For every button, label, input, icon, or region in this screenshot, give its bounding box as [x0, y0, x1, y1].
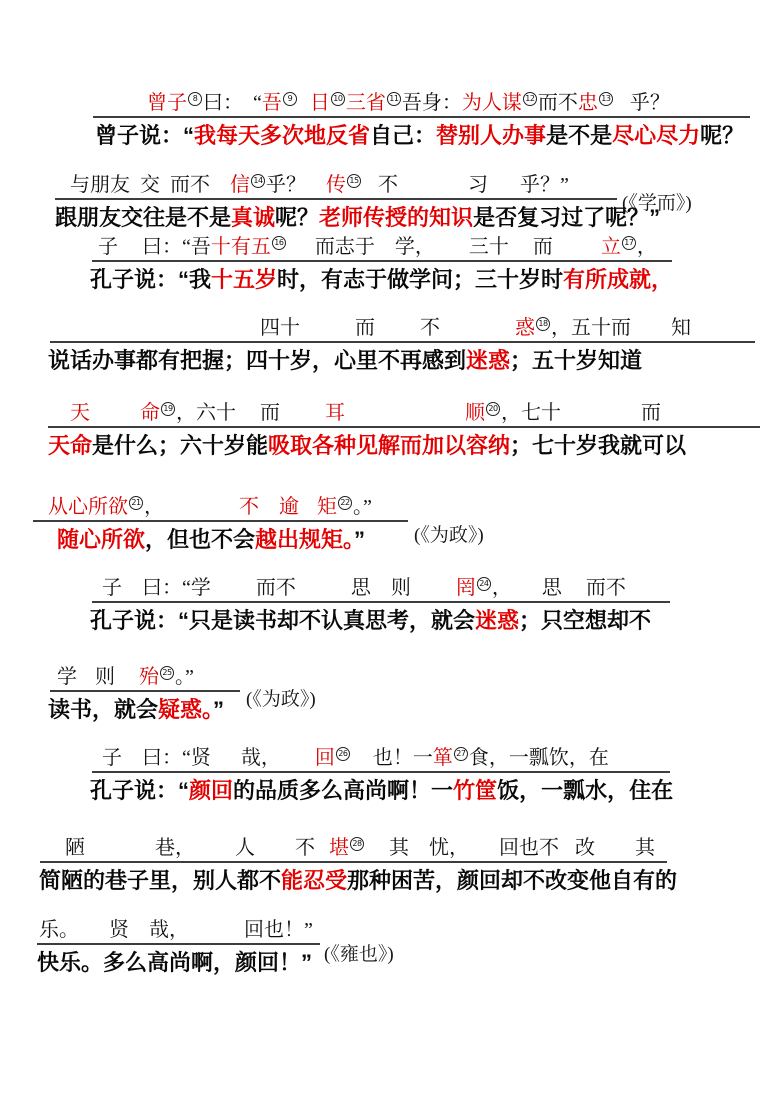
footnote-number-marker: 13 — [599, 92, 613, 106]
text-segment: ， — [637, 236, 657, 258]
text-segment: 殆 — [139, 666, 159, 688]
verse-pair: 天命19，六十而耳顺20，七十而天命是什么；六十岁能吸取各种见解而加以容纳；七十… — [0, 400, 775, 459]
word-gap-spacer — [440, 333, 515, 334]
text-segment: 而不 — [586, 577, 626, 599]
text-segment: 三省 — [346, 92, 386, 114]
text-segment: 命 — [140, 402, 160, 424]
text-segment: 不 — [239, 496, 259, 518]
footnote-number-marker: 27 — [454, 747, 468, 761]
text-segment: 吾身： — [402, 92, 462, 114]
word-gap-spacer — [512, 593, 542, 594]
text-segment: 能忍受 — [281, 868, 347, 893]
word-gap-spacer — [345, 418, 465, 419]
verse-pair: 曾子8曰：“吾9日10三省11吾身：为人谋12而不忠13乎？曾子说：“我每天多次… — [0, 90, 775, 149]
text-segment: ；五十岁知道 — [510, 348, 642, 373]
text-segment: 回也！” — [244, 919, 313, 941]
word-gap-spacer — [118, 252, 142, 253]
classical-text-line: 与朋友交而不信14乎？传15不习乎？” — [55, 172, 617, 200]
source-citation: (《为政》) — [414, 520, 484, 547]
word-gap-spacer — [375, 333, 420, 334]
text-segment: 吾 — [262, 92, 282, 114]
text-segment: 疑惑。 — [158, 697, 213, 722]
translation-line: 曾子说：“我每天多次地反省自己：替别人办事是不是尽心尽力呢？ — [95, 123, 775, 149]
text-segment: 贤 — [109, 919, 129, 941]
text-segment: 乐。 — [39, 919, 79, 941]
text-segment: 思 — [542, 577, 562, 599]
source-citation: (《学而》) — [622, 188, 692, 215]
verse-pair: 乐。贤哉，回也！”(《雍也》)快乐。多么高尚啊，颜回！” — [0, 917, 775, 976]
verse-pair: 陋巷，人不堪28其忧，回也不改其简陋的巷子里，别人都不能忍受那种困苦，颜回却不改… — [0, 835, 775, 894]
text-segment: 快乐。多么高尚啊，颜回！” — [37, 950, 312, 975]
text-segment: 时，有志于做学问；三十岁时 — [277, 267, 563, 292]
word-gap-spacer — [296, 593, 351, 594]
footnote-number-marker: 24 — [477, 577, 491, 591]
text-segment: 乎？ — [630, 92, 670, 114]
text-segment: 而 — [641, 402, 661, 424]
word-gap-spacer — [243, 108, 253, 109]
word-gap-spacer — [255, 853, 295, 854]
text-segment: 其 — [635, 837, 655, 859]
word-gap-spacer — [409, 853, 429, 854]
word-gap-spacer — [211, 763, 241, 764]
text-segment: 不 — [420, 317, 440, 339]
text-segment: 罔 — [456, 577, 476, 599]
word-gap-spacer — [122, 593, 142, 594]
text-segment: 思 — [351, 577, 371, 599]
text-segment: 忧， — [429, 837, 469, 859]
text-segment: 也！一 — [373, 747, 433, 769]
text-segment: 那种困苦，颜回却不改变他自有的 — [347, 868, 677, 893]
text-segment: 说话办事都有把握；四十岁，心里不再感到 — [48, 348, 466, 373]
word-gap-spacer — [79, 935, 109, 936]
text-segment: 而不 — [256, 577, 296, 599]
text-segment: 回也不 — [499, 837, 559, 859]
verse-pair: 与朋友交而不信14乎？传15不习乎？”(《学而》)跟朋友交往是不是真诚呢？老师传… — [0, 172, 775, 231]
text-segment: 孔子说：“只是读书却不认真思考，就会 — [90, 608, 475, 633]
text-segment: 食，一瓢饮，在 — [469, 747, 609, 769]
text-segment: 尽心尽力 — [612, 123, 700, 148]
source-citation: (《为政》) — [246, 684, 316, 711]
text-segment: 自己： — [370, 123, 436, 148]
footnote-number-marker: 22 — [338, 496, 352, 510]
text-segment: 天命 — [48, 433, 92, 458]
text-segment: 替别人办事 — [436, 123, 546, 148]
verse-pair: 四十而不惑18，五十而知说话办事都有把握；四十岁，心里不再感到迷惑；五十岁知道 — [0, 315, 775, 374]
text-segment: 曰：“吾 — [142, 236, 211, 258]
text-segment: 忠 — [578, 92, 598, 114]
text-segment: 哉， — [241, 747, 281, 769]
text-segment: 曾子说：“ — [95, 123, 194, 148]
text-segment: 学 — [57, 666, 77, 688]
text-segment: 而 — [260, 402, 280, 424]
word-gap-spacer — [315, 853, 329, 854]
text-segment: ，七十 — [501, 402, 561, 424]
text-segment: 迷惑 — [475, 608, 519, 633]
text-segment: 而 — [533, 236, 553, 258]
footnote-number-marker: 28 — [350, 837, 364, 851]
word-gap-spacer — [375, 252, 395, 253]
text-segment: 乎？” — [520, 174, 569, 196]
text-segment: 孔子说：“我 — [90, 267, 211, 292]
text-segment: 乎？ — [266, 174, 306, 196]
text-segment: ；只空想却不 — [519, 608, 651, 633]
word-gap-spacer — [631, 333, 671, 334]
classical-text-line: 陋巷，人不堪28其忧，回也不改其 — [40, 835, 667, 863]
text-segment: 箪 — [433, 747, 453, 769]
classical-text-line: 子曰：“学而不思则罔24，思而不 — [92, 575, 670, 603]
text-segment: 人 — [235, 837, 255, 859]
word-gap-spacer — [371, 593, 391, 594]
translation-line: 快乐。多么高尚啊，颜回！” — [37, 950, 775, 976]
text-segment: 竹筐 — [453, 778, 497, 803]
text-segment: 饭，一瓢水，住在 — [497, 778, 673, 803]
footnote-number-marker: 14 — [251, 174, 265, 188]
verse-pair: 子曰：“吾十有五16而志于学，三十而立17，孔子说：“我十五岁时，有志于做学问；… — [0, 234, 775, 293]
text-segment: 矩 — [317, 496, 337, 518]
footnote-number-marker: 18 — [536, 317, 550, 331]
text-segment: ， — [144, 496, 164, 518]
translation-line: 说话办事都有把握；四十岁，心里不再感到迷惑；五十岁知道 — [48, 348, 775, 374]
text-segment: 越出规矩。 — [255, 527, 354, 552]
text-segment: 则 — [95, 666, 115, 688]
document-page: 曾子8曰：“吾9日10三省11吾身：为人谋12而不忠13乎？曾子说：“我每天多次… — [0, 0, 775, 1098]
text-segment: 学， — [395, 236, 435, 258]
footnote-number-marker: 20 — [486, 402, 500, 416]
word-gap-spacer — [280, 418, 325, 419]
text-segment: 改 — [575, 837, 595, 859]
text-segment: 迷惑 — [466, 348, 510, 373]
text-segment: 我每天多次地反省 — [194, 123, 370, 148]
word-gap-spacer — [189, 935, 244, 936]
translation-line: 读书，就会疑惑。” — [48, 697, 775, 723]
footnote-number-marker: 12 — [523, 92, 537, 106]
text-segment: 知 — [671, 317, 691, 339]
text-segment: 为人谋 — [462, 92, 522, 114]
footnote-number-marker: 8 — [188, 92, 202, 106]
text-segment: 子 — [98, 236, 118, 258]
text-segment: 巷， — [155, 837, 195, 859]
word-gap-spacer — [85, 853, 155, 854]
classical-text-line: 子曰：“吾十有五16而志于学，三十而立17， — [92, 234, 672, 262]
text-segment: 不 — [378, 174, 398, 196]
text-segment: 立 — [601, 236, 621, 258]
verse-pair: 从心所欲21，不逾矩22。”(《为政》)随心所欲，但也不会越出规矩。” — [0, 494, 775, 553]
text-segment: 回 — [315, 747, 335, 769]
text-segment: 而 — [355, 317, 375, 339]
word-gap-spacer — [411, 593, 456, 594]
classical-text-line: 四十而不惑18，五十而知 — [50, 315, 755, 343]
word-gap-spacer — [160, 190, 170, 191]
word-gap-spacer — [595, 853, 635, 854]
text-segment: 传 — [326, 174, 346, 196]
text-segment: ， — [492, 577, 512, 599]
footnote-number-marker: 11 — [387, 92, 401, 106]
text-segment: ” — [354, 527, 365, 552]
text-segment: 是什么；六十岁能 — [92, 433, 268, 458]
word-gap-spacer — [553, 252, 601, 253]
text-segment: 陋 — [65, 837, 85, 859]
translation-line: 孔子说：“我十五岁时，有志于做学问；三十岁时有所成就， — [90, 267, 775, 293]
text-segment: 从心所欲 — [48, 496, 128, 518]
verse-pair: 学则殆25。”(《为政》)读书，就会疑惑。” — [0, 664, 775, 723]
text-segment: ，五十而 — [551, 317, 631, 339]
word-gap-spacer — [298, 108, 310, 109]
word-gap-spacer — [164, 512, 239, 513]
classical-text-line: 从心所欲21，不逾矩22。” — [33, 494, 408, 522]
word-gap-spacer — [488, 190, 520, 191]
text-segment: 天 — [70, 402, 90, 424]
text-segment: ，但也不会 — [145, 527, 255, 552]
text-segment: 孔子说：“ — [90, 778, 189, 803]
classical-text-line: 学则殆25。” — [50, 664, 240, 692]
text-segment: 日 — [310, 92, 330, 114]
text-segment: 耳 — [325, 402, 345, 424]
word-gap-spacer — [195, 853, 235, 854]
text-segment: 信 — [230, 174, 250, 196]
word-gap-spacer — [77, 682, 95, 683]
text-segment: 曾子 — [147, 92, 187, 114]
word-gap-spacer — [130, 190, 140, 191]
word-gap-spacer — [259, 512, 279, 513]
footnote-number-marker: 21 — [129, 496, 143, 510]
word-gap-spacer — [351, 763, 373, 764]
word-gap-spacer — [614, 108, 630, 109]
footnote-number-marker: 10 — [331, 92, 345, 106]
text-segment: 跟朋友交往是不是 — [55, 205, 231, 230]
text-segment: 不 — [295, 837, 315, 859]
text-segment: 逾 — [279, 496, 299, 518]
text-segment: 呢？ — [275, 205, 319, 230]
text-segment: 老师传授的知识 — [319, 205, 473, 230]
text-segment: 随心所欲 — [57, 527, 145, 552]
text-segment: 有所成就， — [563, 267, 673, 292]
footnote-number-marker: 15 — [347, 174, 361, 188]
word-gap-spacer — [559, 853, 575, 854]
text-segment: 呢？ — [700, 123, 744, 148]
text-segment: 子 — [102, 747, 122, 769]
word-gap-spacer — [122, 763, 142, 764]
text-segment: 则 — [391, 577, 411, 599]
text-segment: ，六十 — [176, 402, 236, 424]
text-segment: 哉， — [149, 919, 189, 941]
footnote-number-marker: 26 — [336, 747, 350, 761]
text-segment: 堪 — [329, 837, 349, 859]
text-segment: 而志于 — [315, 236, 375, 258]
classical-text-line: 天命19，六十而耳顺20，七十而 — [48, 400, 760, 428]
text-segment: 交 — [140, 174, 160, 196]
word-gap-spacer — [435, 252, 469, 253]
word-gap-spacer — [300, 333, 355, 334]
word-gap-spacer — [90, 418, 140, 419]
text-segment: ；七十岁我就可以 — [510, 433, 686, 458]
word-gap-spacer — [365, 853, 389, 854]
classical-text-line: 曾子8曰：“吾9日10三省11吾身：为人谋12而不忠13乎？ — [93, 90, 750, 118]
text-segment: 简陋的巷子里，别人都不 — [39, 868, 281, 893]
text-segment: 曰：“贤 — [142, 747, 211, 769]
text-segment: 真诚 — [231, 205, 275, 230]
word-gap-spacer — [287, 252, 315, 253]
word-gap-spacer — [210, 190, 230, 191]
text-segment: 三十 — [469, 236, 509, 258]
translation-line: 孔子说：“颜回的品质多么高尚啊！一竹筐饭，一瓢水，住在 — [90, 778, 775, 804]
text-segment: 与朋友 — [70, 174, 130, 196]
text-segment: 惑 — [515, 317, 535, 339]
text-segment: 习 — [468, 174, 488, 196]
translation-line: 孔子说：“只是读书却不认真思考，就会迷惑；只空想却不 — [90, 608, 775, 634]
text-segment: 吸取各种见解而加以容纳 — [268, 433, 510, 458]
word-gap-spacer — [469, 853, 499, 854]
translation-line: 天命是什么；六十岁能吸取各种见解而加以容纳；七十岁我就可以 — [48, 433, 775, 459]
text-segment: 颜回 — [189, 778, 233, 803]
word-gap-spacer — [362, 190, 378, 191]
word-gap-spacer — [281, 763, 315, 764]
classical-text-line: 乐。贤哉，回也！” — [37, 917, 320, 945]
verse-pair: 子曰：“学而不思则罔24，思而不孔子说：“只是读书却不认真思考，就会迷惑；只空想… — [0, 575, 775, 634]
footnote-number-marker: 25 — [160, 666, 174, 680]
classical-text-line: 子曰：“贤哉，回26也！一箪27食，一瓢饮，在 — [92, 745, 670, 773]
word-gap-spacer — [509, 252, 533, 253]
text-segment: 而不 — [170, 174, 210, 196]
text-segment: 十五岁 — [211, 267, 277, 292]
text-segment: 读书，就会 — [48, 697, 158, 722]
text-segment: 而不 — [538, 92, 578, 114]
footnote-number-marker: 19 — [161, 402, 175, 416]
word-gap-spacer — [561, 418, 641, 419]
text-segment: 。” — [353, 496, 372, 518]
text-segment: 是不是 — [546, 123, 612, 148]
source-citation: (《雍也》) — [324, 939, 394, 966]
text-segment: 顺 — [465, 402, 485, 424]
word-gap-spacer — [306, 190, 326, 191]
text-segment: 子 — [102, 577, 122, 599]
text-segment: “ — [253, 92, 262, 114]
translation-line: 简陋的巷子里，别人都不能忍受那种困苦，颜回却不改变他自有的 — [39, 868, 775, 894]
word-gap-spacer — [236, 418, 260, 419]
text-segment: 其 — [389, 837, 409, 859]
text-segment: 四十 — [260, 317, 300, 339]
text-segment: 的品质多么高尚啊！一 — [233, 778, 453, 803]
text-segment: ” — [213, 697, 224, 722]
word-gap-spacer — [129, 935, 149, 936]
text-segment: 十有五 — [211, 236, 271, 258]
word-gap-spacer — [562, 593, 586, 594]
verse-pair: 子曰：“贤哉，回26也！一箪27食，一瓢饮，在孔子说：“颜回的品质多么高尚啊！一… — [0, 745, 775, 804]
footnote-number-marker: 9 — [283, 92, 297, 106]
text-segment: 曰：“学 — [142, 577, 211, 599]
word-gap-spacer — [211, 593, 256, 594]
word-gap-spacer — [115, 682, 139, 683]
footnote-number-marker: 16 — [272, 236, 286, 250]
footnote-number-marker: 17 — [622, 236, 636, 250]
word-gap-spacer — [299, 512, 317, 513]
word-gap-spacer — [398, 190, 468, 191]
text-segment: 。” — [175, 666, 194, 688]
text-segment: 曰： — [203, 92, 243, 114]
